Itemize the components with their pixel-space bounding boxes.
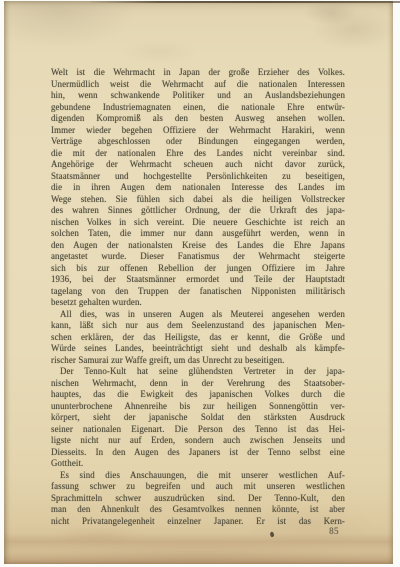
text-line: Verträge abgeschlossen oder Bindungen ei… xyxy=(51,136,345,148)
text-line: 1936, bei der Staatsmänner ermordet und … xyxy=(51,274,345,286)
text-line: hauptes, das die Ewigkeit des japanische… xyxy=(51,389,345,401)
text-line: gebundene Industriemagnaten einen, die n… xyxy=(51,102,345,114)
text-line: Angehörige der Wehrmacht scheuen auch ni… xyxy=(51,159,345,171)
text-line: die in ihren Augen dem nationalen Intere… xyxy=(51,182,345,194)
text-line: nischen Wehrmacht, denn in der Verehrung… xyxy=(51,378,345,390)
text-line: Unermüdlich weist die Wehrmacht auf die … xyxy=(51,79,345,91)
text-line: Sprachmitteln schwer auszudrücken sind. … xyxy=(51,493,345,505)
text-line: sich bis zur offenen Rebellion der junge… xyxy=(51,263,345,275)
text-line: Staatsmänner und hochgestellte Persönlic… xyxy=(51,171,345,183)
page-number: 85 xyxy=(326,526,342,536)
text-line: die mit der nationalen Ehre des Landes n… xyxy=(51,148,345,160)
text-line: man den Ahnenkult des Gesamtvolkes nenne… xyxy=(51,504,345,516)
ink-speck xyxy=(269,531,275,537)
text-line: digenden Kompromiß als den besten Ausweg… xyxy=(51,113,345,125)
text-line: rischer Samurai zur Waffe greift, um das… xyxy=(51,355,345,367)
text-line: nicht Privatangelegenheit einzelner Japa… xyxy=(51,516,345,528)
text-line: seiner nationalen Eigenart. Die Person d… xyxy=(51,424,345,436)
text-line: Welt ist die Wehrmacht in Japan der groß… xyxy=(51,67,345,79)
text-line: Wege stehen. Sie fühlen sich dabei als d… xyxy=(51,194,345,206)
text-line: körpert, sieht der japanische Soldat den… xyxy=(51,412,345,424)
text-line: schen erklären, der das Heiligste, das e… xyxy=(51,332,345,344)
text-line: des wahren Sinnes göttlicher Ordnung, de… xyxy=(51,205,345,217)
text-line: besetzt gehalten wurden. xyxy=(51,297,345,309)
text-line: tagelang von den Truppen der fanatischen… xyxy=(51,286,345,298)
text-line: ligste nicht nur auf Erden, sondern auch… xyxy=(51,435,345,447)
text-line: All dies, was in unseren Augen als Meute… xyxy=(51,309,345,321)
text-line: Es sind dies Anschauungen, die mit unser… xyxy=(51,470,345,482)
text-line: hin, wenn schwankende Politiker und an A… xyxy=(51,90,345,102)
scanned-page: Welt ist die Wehrmacht in Japan der groß… xyxy=(0,0,400,567)
page-paper: Welt ist die Wehrmacht in Japan der groß… xyxy=(4,1,393,564)
text-line: angetastet wurde. Dieser Fanatismus der … xyxy=(51,251,345,263)
text-line: den Augen der nationalsten Kreise des La… xyxy=(51,240,345,252)
text-line: fassung schwer zu begreifen und auch mit… xyxy=(51,481,345,493)
text-line: Der Tenno-Kult hat seine glühendsten Ver… xyxy=(51,366,345,378)
body-text: Welt ist die Wehrmacht in Japan der groß… xyxy=(51,67,345,527)
text-line: ununterbrochene Ahnenreihe bis zur heili… xyxy=(51,401,345,413)
text-line: solchen Taten, die immer nur dann ausgef… xyxy=(51,228,345,240)
text-line: nischen Volkes in sich vereint. Die neue… xyxy=(51,217,345,229)
text-line: Würde seines Landes, beeinträchtigt sieh… xyxy=(51,343,345,355)
scan-top-edge xyxy=(90,1,400,3)
text-line: Immer wieder begehen Offiziere der Wehrm… xyxy=(51,125,345,137)
text-line: Diesseits. In den Augen des Japaners ist… xyxy=(51,447,345,459)
text-line: Gottheit. xyxy=(51,458,345,470)
text-line: kann, läßt sich nur aus dem Seelenzustan… xyxy=(51,320,345,332)
